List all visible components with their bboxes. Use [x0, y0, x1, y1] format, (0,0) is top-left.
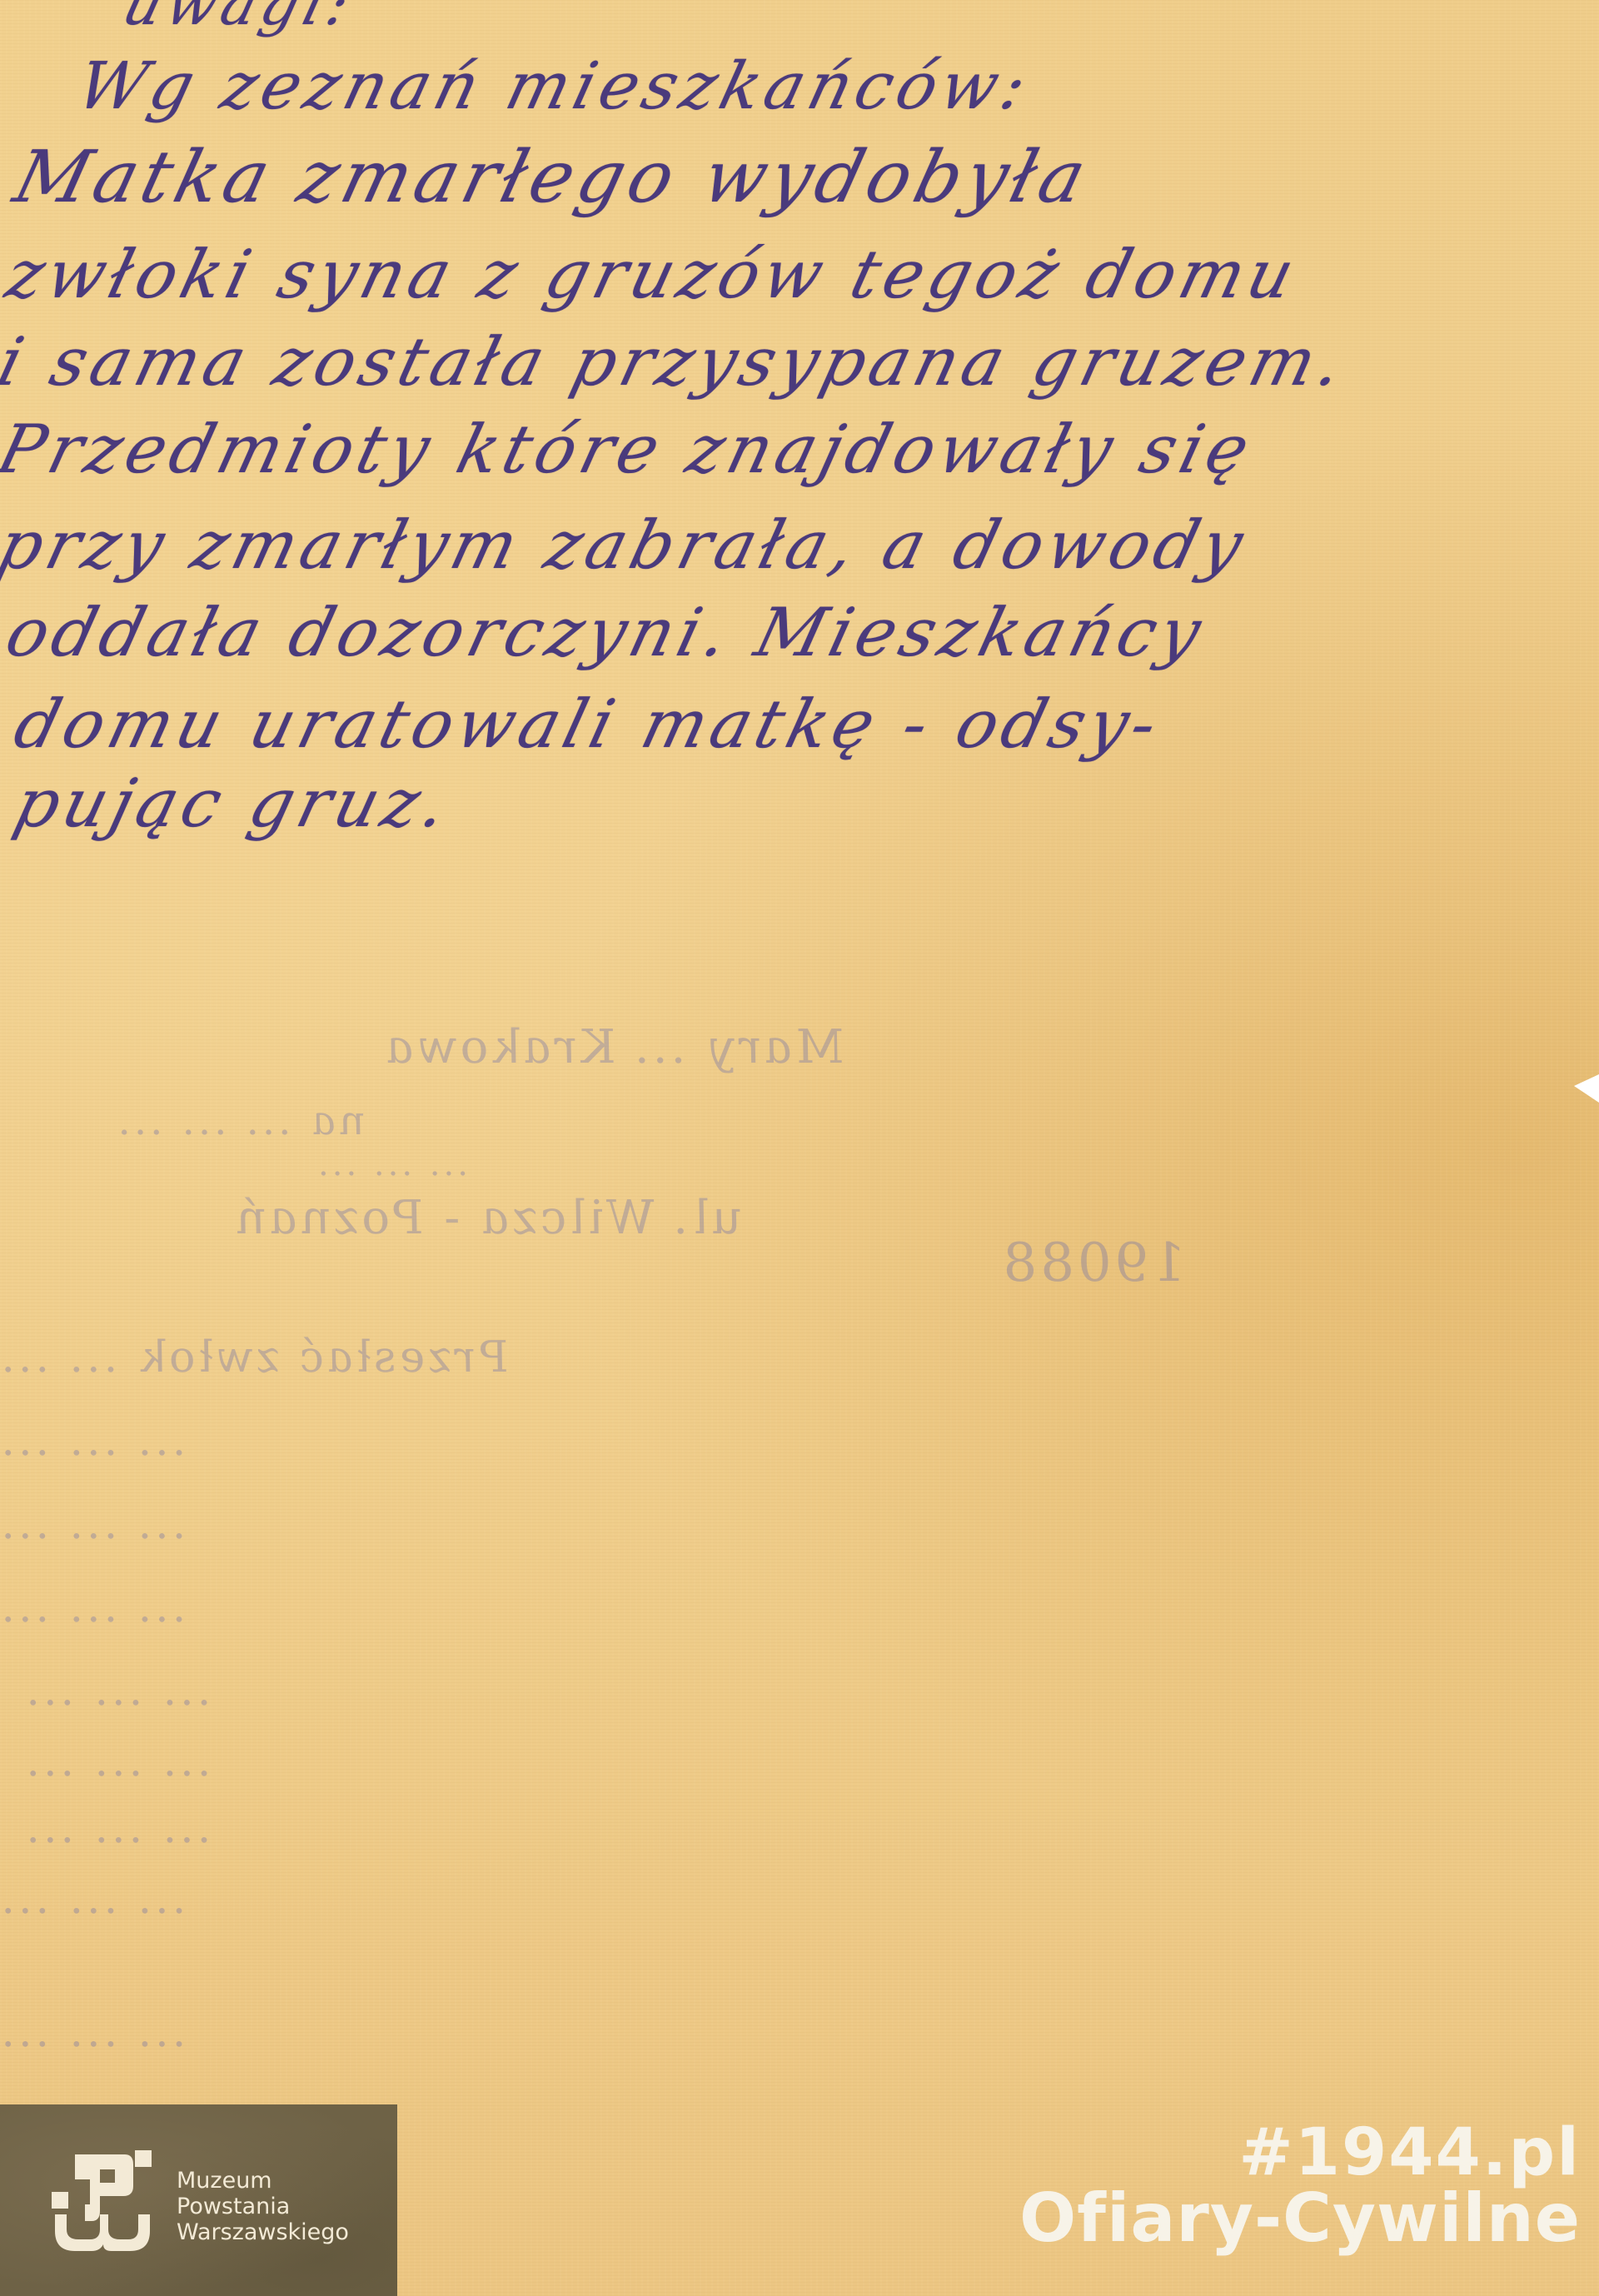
bleed-line: ... ... ... [21, 1803, 217, 1853]
note-line: pując gruz. [8, 770, 458, 837]
bleed-line: na ... ... ... [112, 1098, 369, 1144]
watermark-collection: Ofiary-Cywilne [1019, 2179, 1581, 2257]
museum-name-line: Muzeum [177, 2168, 349, 2194]
museum-name: Muzeum Powstania Warszawskiego [177, 2168, 349, 2245]
note-line: Przedmioty które znajdowały się [0, 416, 1260, 483]
paper-tear [1574, 1074, 1599, 1103]
note-line: Matka zmarłego wydobyła [7, 142, 1097, 213]
bleed-line: ... ... ... [313, 1145, 473, 1183]
note-line: Wg zeznań mieszkańców: [71, 54, 1037, 119]
bleed-line: ... ... ... [0, 1416, 192, 1466]
kotwica-anchor-icon [52, 2146, 152, 2254]
bleed-line: Przesłać zwłok ... ... [0, 1332, 512, 1382]
note-line: oddała dozorczyni. Mieszkańcy [0, 600, 1212, 666]
note-line: zwłoki syna z gruzów tegoż domu [0, 242, 1305, 308]
bleed-line: ... ... ... [21, 1666, 217, 1716]
bleed-line: Mary ... Krakowa [378, 1020, 849, 1074]
museum-name-line: Warszawskiego [177, 2219, 349, 2245]
bleed-line: ... ... ... [21, 1736, 217, 1786]
note-line: i sama została przysypana gruzem. [0, 329, 1353, 396]
bleed-line: ... ... ... [0, 1499, 192, 1549]
note-line: przy zmarłym zabrała, a dowody [0, 512, 1254, 579]
note-line: domu uratowali matkę - odsy- [8, 691, 1168, 758]
bleed-line: ul. Wilcza - Poznań [228, 1191, 746, 1245]
bleed-line: ... ... ... [0, 1874, 192, 1924]
bleed-line: 19088 [994, 1233, 1191, 1294]
museum-name-line: Powstania [177, 2194, 349, 2219]
bleed-line: ... ... ... [0, 2007, 192, 2057]
note-heading: uwagi: [117, 0, 360, 33]
museum-logo: Muzeum Powstania Warszawskiego [0, 2104, 397, 2296]
bleed-line: ... ... ... [0, 1582, 192, 1632]
